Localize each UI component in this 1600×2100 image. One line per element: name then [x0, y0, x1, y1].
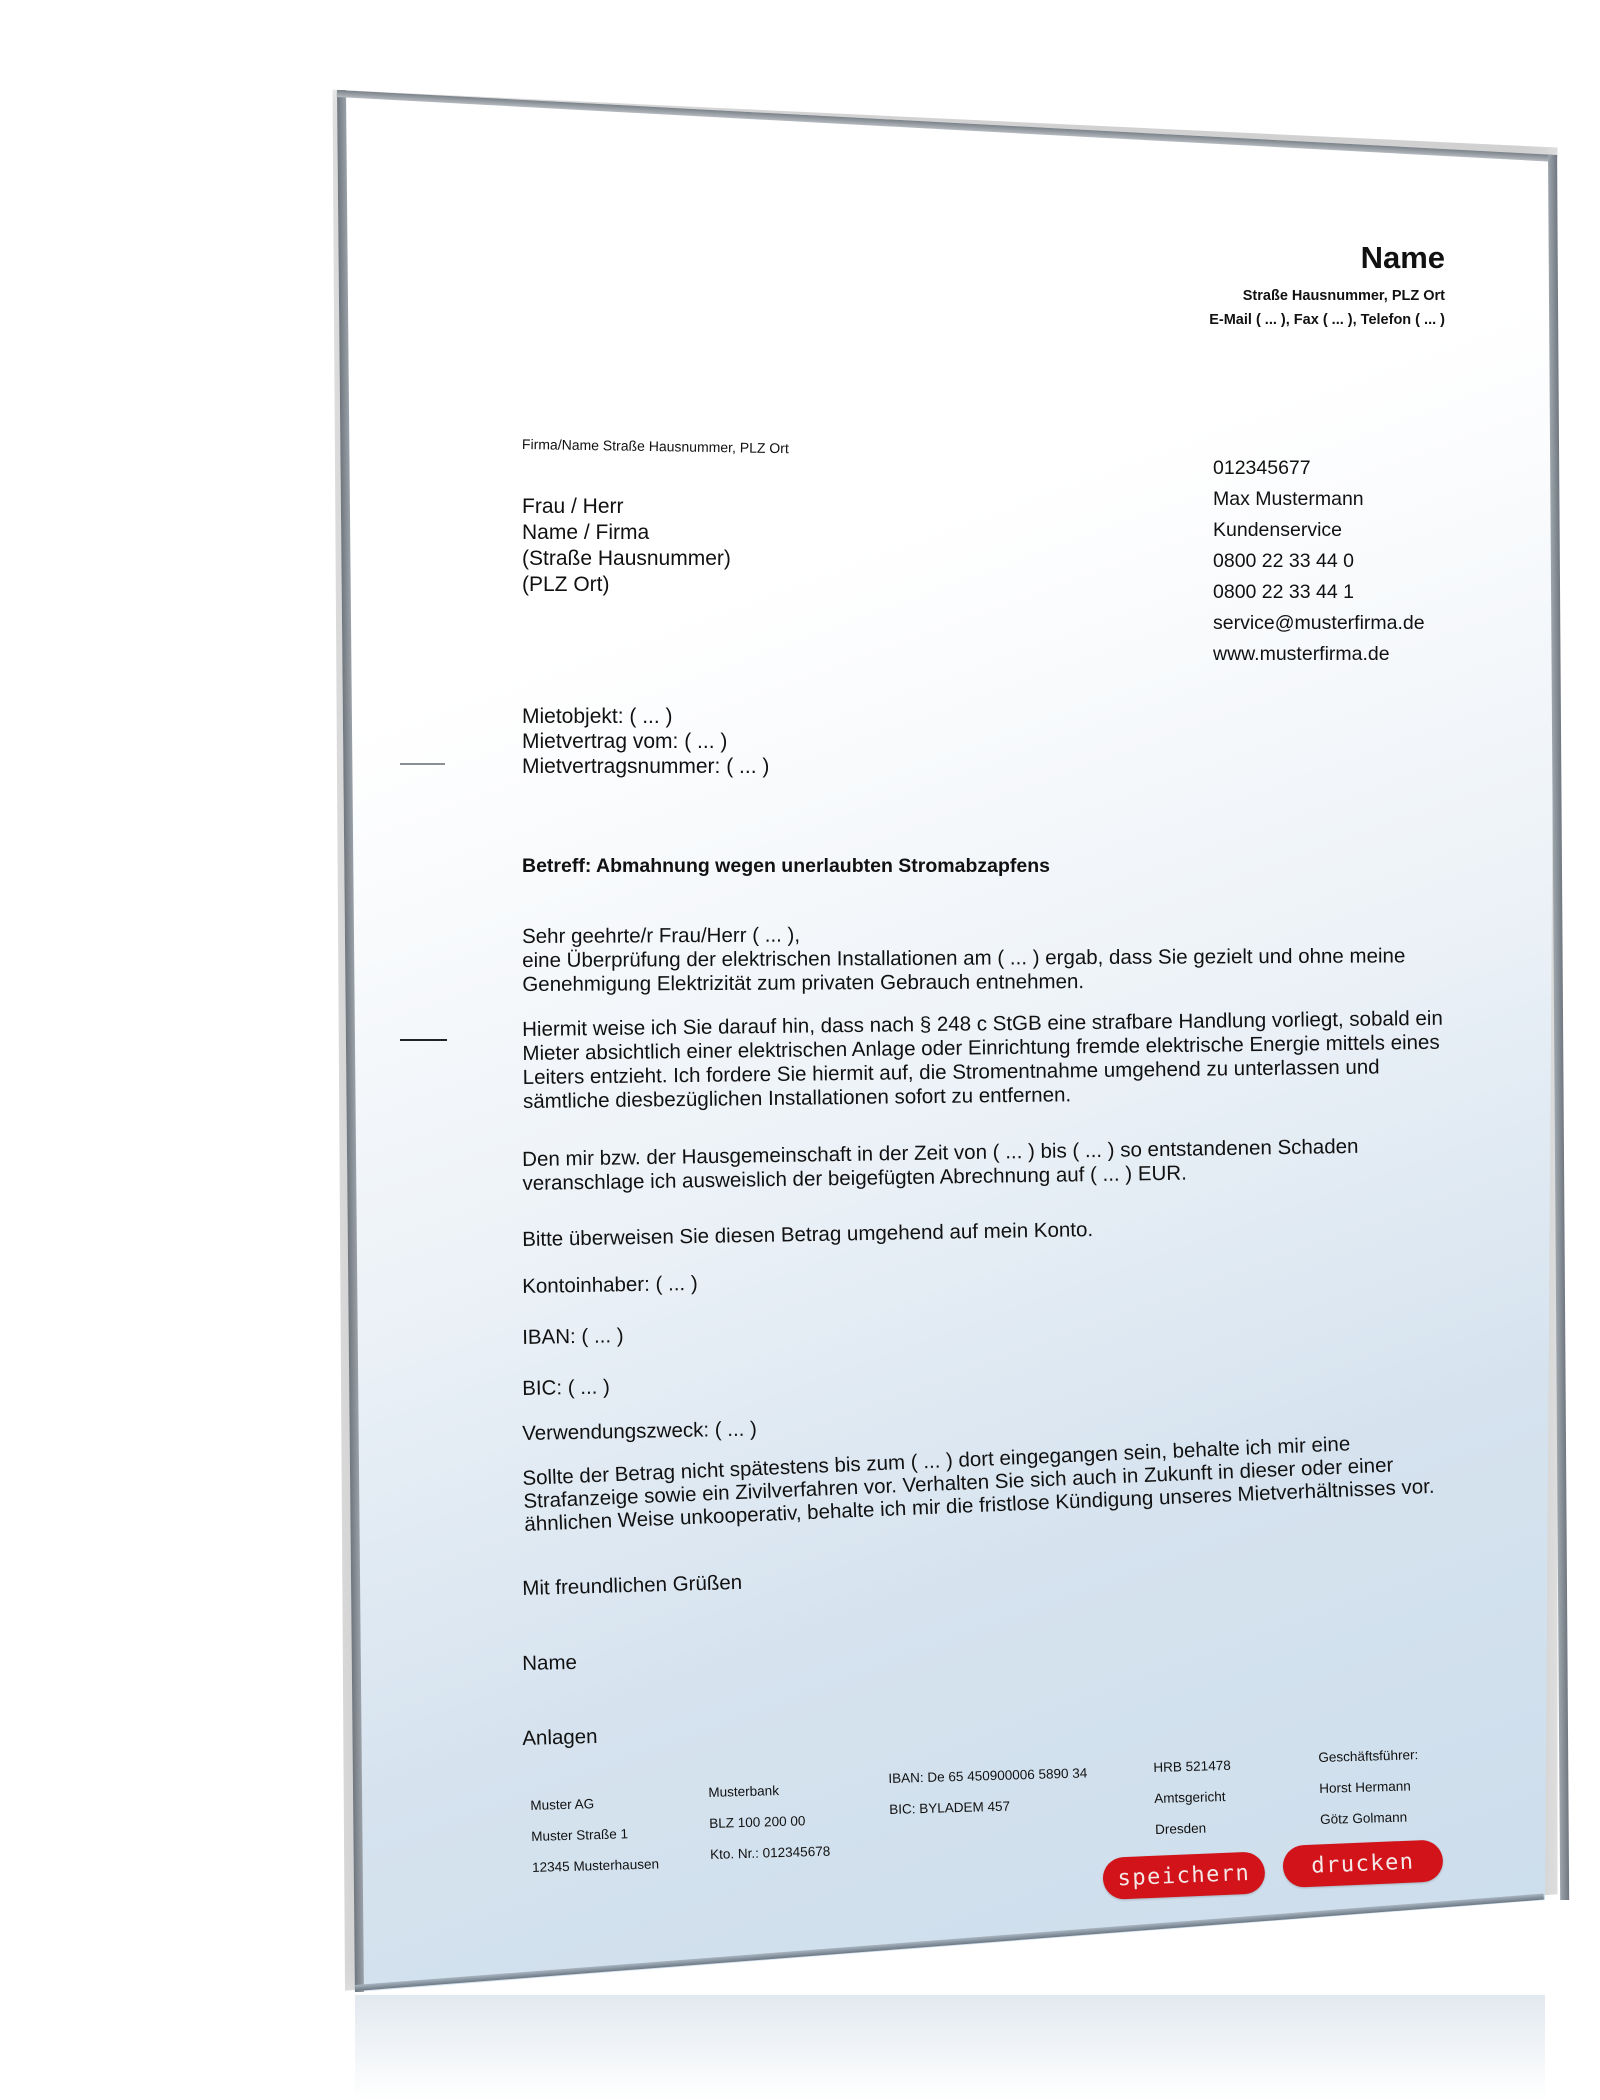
website: www.musterfirma.de — [1213, 639, 1425, 670]
salutation-paragraph: Sehr geehrte/r Frau/Herr ( ... ), eine Ü… — [522, 920, 1406, 997]
warning-paragraph: Sollte der Betrag nicht spätestens bis z… — [522, 1429, 1435, 1536]
recipient-line: Name / Firma — [522, 520, 731, 546]
signature-name: Name — [522, 1651, 577, 1676]
payment-request: Bitte überweisen Sie diesen Betrag umgeh… — [522, 1218, 1093, 1252]
body-line: Genehmigung Elektrizität zum privaten Ge… — [522, 968, 1405, 997]
return-address: Firma/Name Straße Hausnummer, PLZ Ort — [522, 436, 789, 456]
department: Kundenservice — [1213, 515, 1425, 546]
contract-number: Mietvertragsnummer: ( ... ) — [522, 754, 769, 779]
company-city: 12345 Musterhausen — [532, 1848, 660, 1883]
contact-block: 012345677 Max Mustermann Kundenservice 0… — [1213, 453, 1425, 670]
register-court: Amtsgericht — [1154, 1781, 1232, 1814]
rental-details: Mietobjekt: ( ... ) Mietvertrag vom: ( .… — [522, 704, 769, 779]
reference-number: 012345677 — [1213, 453, 1425, 484]
footer-bic: BIC: BYLADEM 457 — [889, 1788, 1089, 1825]
fold-mark — [400, 1039, 447, 1041]
fold-mark — [400, 763, 445, 765]
footer-company: Muster AG Muster Straße 1 12345 Musterha… — [530, 1786, 659, 1883]
recipient-line: (PLZ Ort) — [522, 572, 731, 598]
register-number: HRB 521478 — [1153, 1750, 1231, 1783]
register-city: Dresden — [1155, 1812, 1233, 1845]
sender-contact: E-Mail ( ... ), Fax ( ... ), Telefon ( .… — [1209, 312, 1445, 328]
recipient-address: Frau / Herr Name / Firma (Straße Hausnum… — [522, 494, 731, 598]
management-label: Geschäftsführer: — [1318, 1739, 1419, 1773]
payment-purpose: Verwendungszweck: ( ... ) — [522, 1417, 757, 1446]
manager-name: Horst Hermann — [1319, 1770, 1420, 1804]
account-number: Kto. Nr.: 012345678 — [710, 1836, 831, 1870]
closing: Mit freundlichen Grüßen — [522, 1571, 742, 1601]
email-address: service@musterfirma.de — [1213, 608, 1425, 639]
letter-content: Name Straße Hausnummer, PLZ Ort E-Mail (… — [0, 0, 1600, 2100]
attachments-label: Anlagen — [522, 1725, 598, 1751]
footer-bank-ids: IBAN: De 65 450900006 5890 34 BIC: BYLAD… — [888, 1757, 1089, 1825]
contact-person: Max Mustermann — [1213, 484, 1425, 515]
damage-paragraph: Den mir bzw. der Hausgemeinschaft in der… — [522, 1135, 1359, 1196]
iban-field: IBAN: ( ... ) — [522, 1324, 624, 1350]
bic-field: BIC: ( ... ) — [522, 1375, 610, 1401]
manager-name: Götz Golmann — [1320, 1801, 1421, 1835]
footer-iban: IBAN: De 65 450900006 5890 34 — [888, 1757, 1088, 1794]
rental-object: Mietobjekt: ( ... ) — [522, 704, 769, 729]
company-name: Muster AG — [530, 1786, 658, 1821]
phone-number: 0800 22 33 44 0 — [1213, 546, 1425, 577]
body-line: eine Überprüfung der elektrischen Instal… — [522, 944, 1405, 973]
print-button[interactable]: drucken — [1282, 1839, 1444, 1888]
bank-name: Musterbank — [708, 1774, 829, 1808]
legal-notice-paragraph: Hiermit weise ich Sie darauf hin, dass n… — [522, 1007, 1444, 1114]
fax-number: 0800 22 33 44 1 — [1213, 577, 1425, 608]
footer-management: Geschäftsführer: Horst Hermann Götz Golm… — [1318, 1739, 1420, 1835]
subject-line: Betreff: Abmahnung wegen unerlaubten Str… — [522, 855, 1050, 878]
sender-name: Name — [1361, 240, 1445, 276]
bank-code: BLZ 100 200 00 — [709, 1805, 830, 1839]
account-holder: Kontoinhaber: ( ... ) — [522, 1272, 698, 1299]
sender-address: Straße Hausnummer, PLZ Ort — [1243, 288, 1445, 304]
footer-register: HRB 521478 Amtsgericht Dresden — [1153, 1750, 1233, 1845]
save-button[interactable]: speichern — [1102, 1851, 1266, 1900]
contract-date: Mietvertrag vom: ( ... ) — [522, 729, 769, 754]
recipient-line: (Straße Hausnummer) — [522, 546, 731, 572]
footer-bank: Musterbank BLZ 100 200 00 Kto. Nr.: 0123… — [708, 1774, 831, 1870]
company-street: Muster Straße 1 — [531, 1817, 659, 1852]
recipient-line: Frau / Herr — [522, 494, 731, 520]
